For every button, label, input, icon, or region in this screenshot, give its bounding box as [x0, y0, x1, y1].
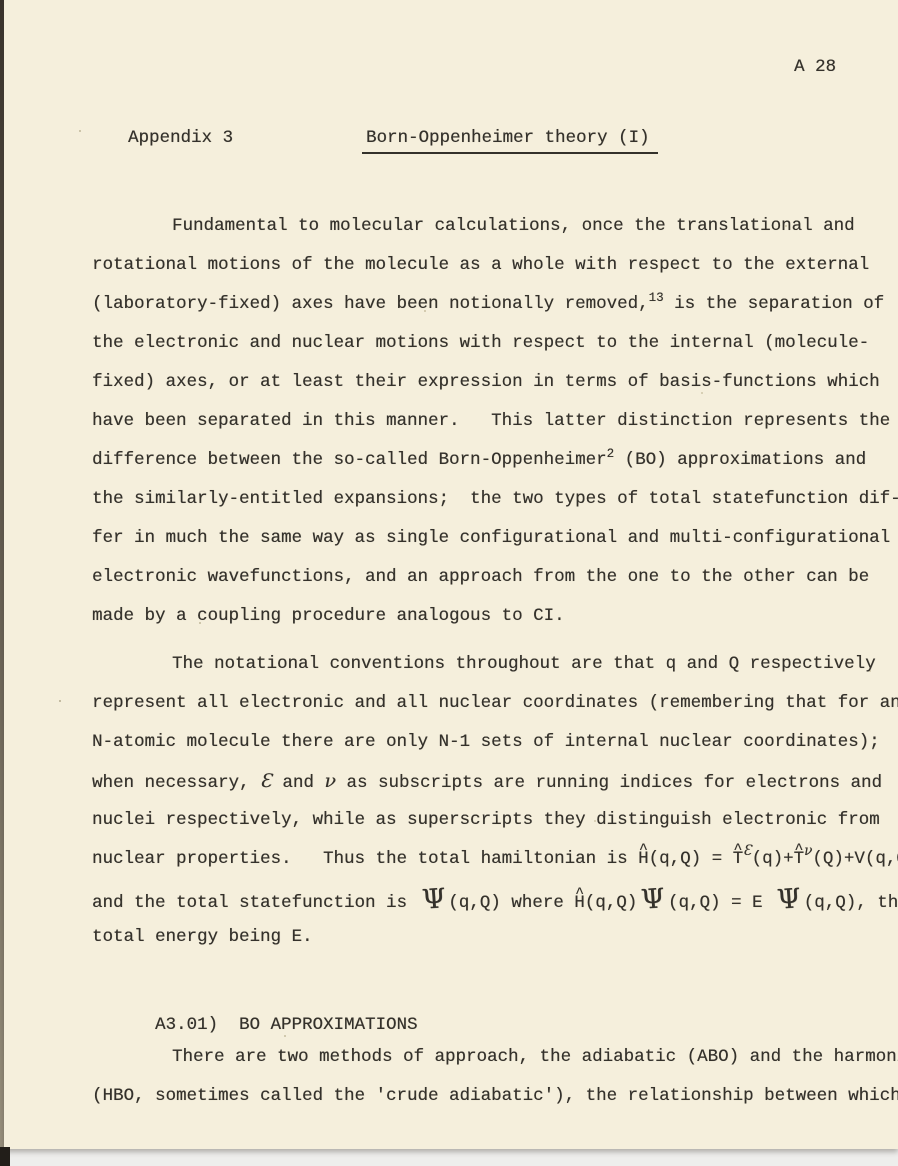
greek-letter: ν [324, 770, 336, 792]
text-line: and the total statefunction is Ψ(q,Q) wh… [92, 879, 898, 918]
page-title: Born-Oppenheimer theory (I) [362, 128, 658, 154]
hat-operator-symbol: T [794, 840, 805, 879]
text-run: rotational motions of the molecule as a … [92, 255, 869, 275]
hat-operator-symbol: T [733, 840, 744, 879]
psi-symbol: Ψ [640, 879, 666, 920]
text-run: Fundamental to molecular calculations, o… [172, 216, 855, 236]
text-line: have been separated in this manner. This… [92, 402, 898, 441]
scan-corner-notch [0, 1147, 10, 1166]
text-run: and [272, 773, 325, 793]
text-run: (Q)+V(q,Q) [812, 849, 898, 869]
text-line: The notational conventions throughout ar… [92, 645, 898, 684]
text-run: when necessary, [92, 773, 260, 793]
text-run: the electronic and nuclear motions with … [92, 333, 869, 353]
text-run: as subscripts are running indices for el… [336, 773, 882, 793]
text-line: the electronic and nuclear motions with … [92, 324, 898, 363]
paragraph-bo-methods: There are two methods of approach, the a… [92, 1038, 898, 1116]
psi-symbol: Ψ [420, 879, 446, 920]
text-line: (laboratory-fixed) axes have been notion… [92, 285, 898, 324]
text-run: difference between the so-called Born-Op… [92, 450, 607, 470]
text-line: the similarly-entitled expansions; the t… [92, 480, 898, 519]
text-line: N-atomic molecule there are only N-1 set… [92, 723, 898, 762]
text-line: made by a coupling procedure analogous t… [92, 597, 898, 636]
text-line: rotational motions of the molecule as a … [92, 246, 898, 285]
psi-symbol: Ψ [776, 879, 802, 920]
text-line: nuclei respectively, while as superscrip… [92, 801, 898, 840]
text-run: (BO) approximations and [614, 450, 866, 470]
paragraph-notation: The notational conventions throughout ar… [92, 645, 898, 957]
hat-operator-symbol: H [574, 884, 585, 923]
text-line: Fundamental to molecular calculations, o… [92, 207, 898, 246]
superscript-number: 13 [649, 291, 664, 305]
text-run: have been separated in this manner. This… [92, 411, 890, 431]
text-run: (q,Q), the [804, 893, 898, 913]
text-line: represent all electronic and all nuclear… [92, 684, 898, 723]
document-page: A 28 Appendix 3 Born-Oppenheimer theory … [4, 0, 898, 1149]
text-run: (laboratory-fixed) axes have been notion… [92, 294, 649, 314]
text-run: nuclear properties. Thus the total hamil… [92, 849, 638, 869]
hat-operator-symbol: H [638, 840, 649, 879]
text-line: (HBO, sometimes called the 'crude adiaba… [92, 1077, 898, 1116]
text-run: (q,Q) = [649, 849, 733, 869]
text-run: represent all electronic and all nuclear… [92, 693, 898, 713]
text-run: is the separation of [664, 294, 885, 314]
text-run: fer in much the same way as single confi… [92, 528, 890, 548]
scanned-page-background: A 28 Appendix 3 Born-Oppenheimer theory … [0, 0, 898, 1166]
text-line: total energy being E. [92, 918, 898, 957]
text-run: the similarly-entitled expansions; the t… [92, 489, 898, 509]
text-run: (q,Q) [585, 893, 638, 913]
text-run: The notational conventions throughout ar… [172, 654, 876, 674]
appendix-label: Appendix 3 [128, 128, 233, 148]
section-title: BO APPROXIMATIONS [239, 1015, 418, 1035]
text-line: difference between the so-called Born-Op… [92, 441, 898, 480]
text-run: electronic wavefunctions, and an approac… [92, 567, 869, 587]
text-run: (q,Q) where [448, 893, 574, 913]
page-number: A 28 [794, 57, 836, 77]
text-line: nuclear properties. Thus the total hamil… [92, 840, 898, 879]
text-run: fixed) axes, or at least their expressio… [92, 372, 880, 392]
text-run: (q)+ [752, 849, 794, 869]
paragraph-intro: Fundamental to molecular calculations, o… [92, 207, 898, 636]
text-run: There are two methods of approach, the a… [172, 1047, 898, 1067]
text-run: and the total statefunction is [92, 893, 418, 913]
text-run: total energy being E. [92, 927, 313, 947]
text-line: fixed) axes, or at least their expressio… [92, 363, 898, 402]
paper-specks [79, 130, 81, 132]
text-run: (HBO, sometimes called the 'crude adiaba… [92, 1086, 898, 1106]
section-number: A3.01) [155, 1015, 218, 1035]
text-run: (q,Q) = E [668, 893, 773, 913]
superscript-greek-letter: ν [804, 843, 812, 859]
text-line: fer in much the same way as single confi… [92, 519, 898, 558]
text-run: N-atomic molecule there are only N-1 set… [92, 732, 880, 752]
text-run: made by a coupling procedure analogous t… [92, 606, 565, 626]
text-line: There are two methods of approach, the a… [92, 1038, 898, 1077]
text-run: nuclei respectively, while as superscrip… [92, 810, 880, 830]
greek-letter: Ɛ [260, 770, 272, 792]
text-line: electronic wavefunctions, and an approac… [92, 558, 898, 597]
superscript-number: 2 [607, 447, 615, 461]
text-line: when necessary, Ɛ and ν as subscripts ar… [92, 762, 898, 801]
superscript-greek-letter: Ɛ [743, 843, 751, 859]
